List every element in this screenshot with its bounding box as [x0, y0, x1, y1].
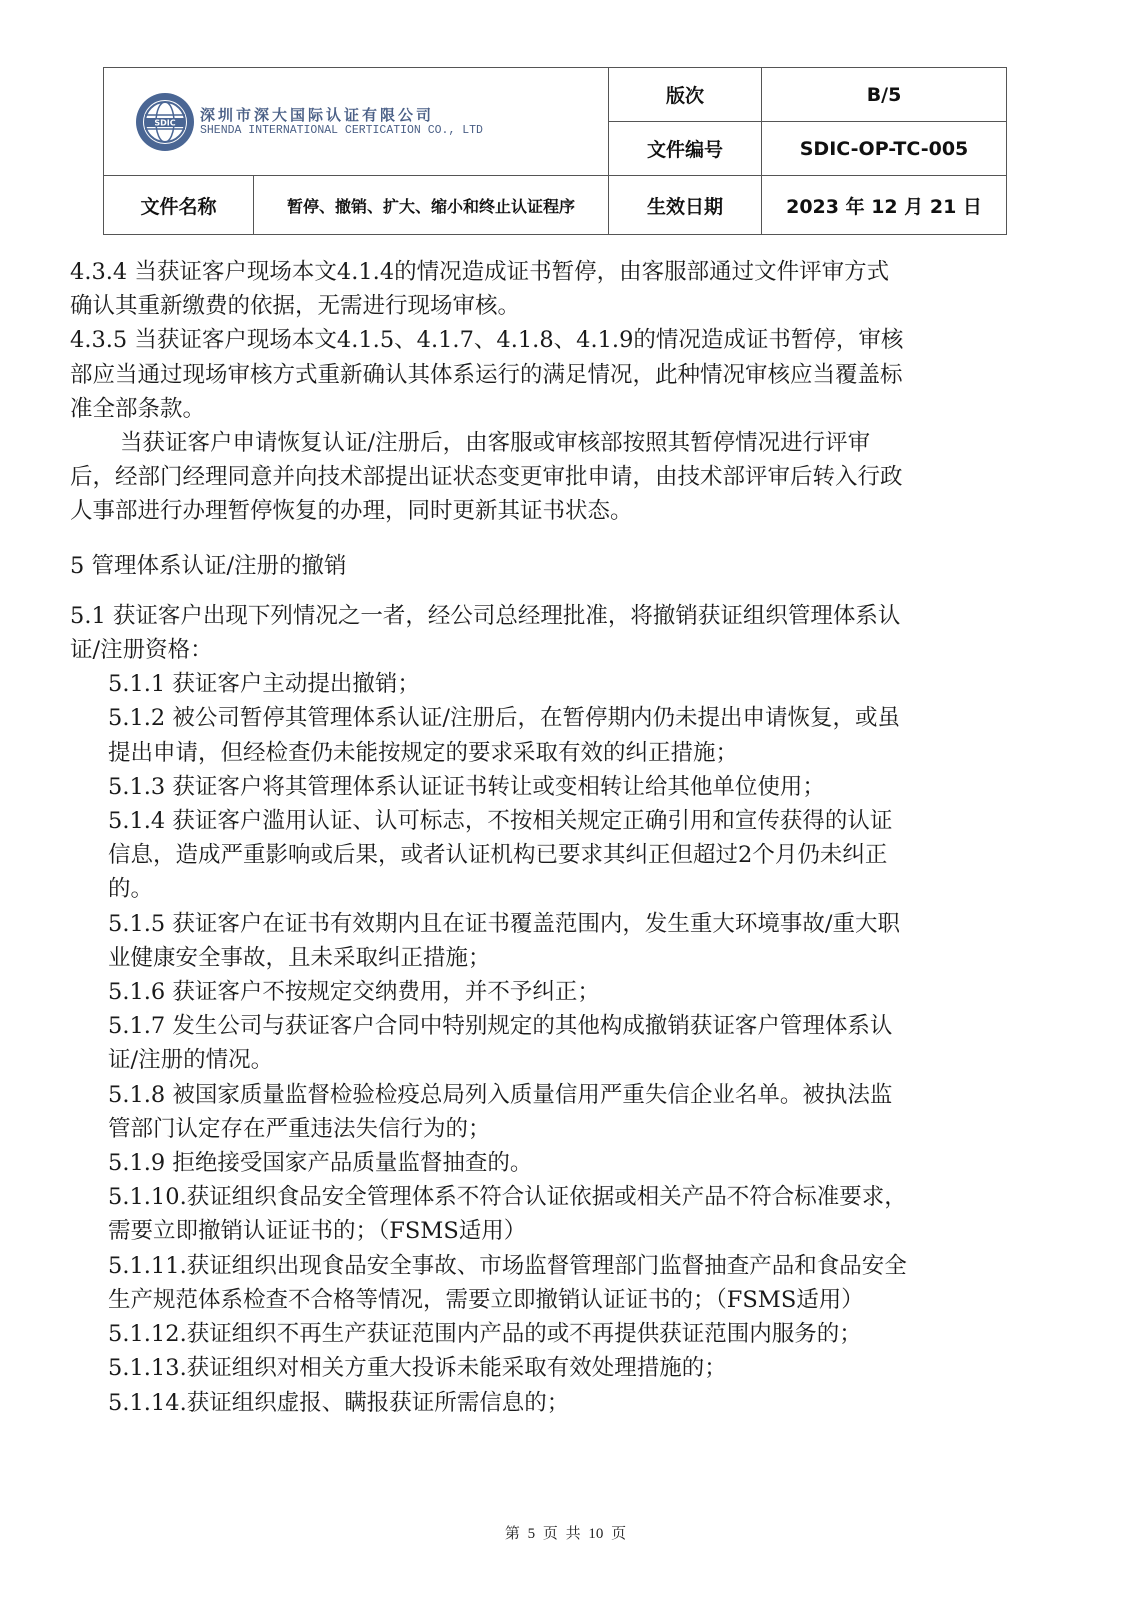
- restore-paragraph-line: 当获证客户申请恢复认证/注册后，由客服或审核部按照其暂停情况进行评审: [70, 426, 1050, 460]
- clause-4-3-4-line: 4.3.4 当获证客户现场本文4.1.4的情况造成证书暂停，由客服部通过文件评审…: [70, 255, 1050, 289]
- list-item-line: 5.1.8 被国家质量监督检验检疫总局列入质量信用严重失信企业名单。被执法监: [70, 1078, 1050, 1112]
- list-item-line: 5.1.1 获证客户主动提出撤销；: [70, 667, 1050, 701]
- list-item-line: 5.1.9 拒绝接受国家产品质量监督抽查的。: [70, 1146, 1050, 1180]
- list-item-line: 5.1.5 获证客户在证书有效期内且在证书覆盖范围内，发生重大环境事故/重大职: [70, 907, 1050, 941]
- effective-date-value: 2023 年 12 月 21 日: [762, 176, 1007, 235]
- list-item-line: 5.1.12.获证组织不再生产获证范围内产品的或不再提供获证范围内服务的；: [70, 1317, 1050, 1351]
- doc-name-value: 暂停、撤销、扩大、缩小和终止认证程序: [254, 176, 609, 235]
- company-name-en: SHENDA INTERNATIONAL CERTICATION CO., LT…: [200, 124, 483, 138]
- svg-text:SDIC: SDIC: [154, 118, 175, 127]
- list-item-line: 的。: [70, 872, 1050, 906]
- company-logo-cell: SDIC 深圳市深大国际认证有限公司 SHENDA INTERNATIONAL …: [104, 68, 609, 176]
- list-item-line: 5.1.4 获证客户滥用认证、认可标志，不按相关规定正确引用和宣传获得的认证: [70, 804, 1050, 838]
- list-item-line: 5.1.11.获证组织出现食品安全事故、市场监督管理部门监督抽查产品和食品安全: [70, 1249, 1050, 1283]
- clause-5-1-line: 5.1 获证客户出现下列情况之一者，经公司总经理批准，将撤销获证组织管理体系认: [70, 599, 1050, 633]
- clause-4-3-5-line: 4.3.5 当获证客户现场本文4.1.5、4.1.7、4.1.8、4.1.9的情…: [70, 323, 1050, 357]
- restore-paragraph-line: 后，经部门经理同意并向技术部提出证状态变更审批申请，由技术部评审后转入行政: [70, 460, 1050, 494]
- list-item-line: 5.1.3 获证客户将其管理体系认证证书转让或变相转让给其他单位使用；: [70, 770, 1050, 804]
- clause-5-1-line: 证/注册资格：: [70, 633, 1050, 667]
- version-value: B/5: [762, 68, 1007, 122]
- list-item-line: 5.1.13.获证组织对相关方重大投诉未能采取有效处理措施的；: [70, 1351, 1050, 1385]
- section-5-heading: 5 管理体系认证/注册的撤销: [70, 549, 1050, 583]
- list-item-line: 业健康安全事故，且未采取纠正措施；: [70, 941, 1050, 975]
- sdic-globe-logo-icon: SDIC: [134, 91, 196, 153]
- version-label: 版次: [609, 68, 762, 122]
- list-item-line: 信息，造成严重影响或后果，或者认证机构已要求其纠正但超过2个月仍未纠正: [70, 838, 1050, 872]
- list-item-line: 5.1.7 发生公司与获证客户合同中特别规定的其他构成撤销获证客户管理体系认: [70, 1009, 1050, 1043]
- restore-paragraph-line: 人事部进行办理暂停恢复的办理，同时更新其证书状态。: [70, 494, 1050, 528]
- company-name-cn: 深圳市深大国际认证有限公司: [200, 106, 483, 124]
- list-item-line: 管部门认定存在严重违法失信行为的；: [70, 1112, 1050, 1146]
- doc-number-label: 文件编号: [609, 122, 762, 176]
- clause-4-3-4-line: 确认其重新缴费的依据，无需进行现场审核。: [70, 289, 1050, 323]
- list-item-line: 生产规范体系检查不合格等情况，需要立即撤销认证证书的；（FSMS适用）: [70, 1283, 1050, 1317]
- effective-date-label: 生效日期: [609, 176, 762, 235]
- document-header-table: SDIC 深圳市深大国际认证有限公司 SHENDA INTERNATIONAL …: [103, 67, 1007, 235]
- doc-name-label: 文件名称: [104, 176, 254, 235]
- list-item-line: 5.1.14.获证组织虚报、瞒报获证所需信息的；: [70, 1386, 1050, 1420]
- list-item-line: 5.1.6 获证客户不按规定交纳费用，并不予纠正；: [70, 975, 1050, 1009]
- list-item-line: 5.1.2 被公司暂停其管理体系认证/注册后，在暂停期内仍未提出申请恢复，或虽: [70, 701, 1050, 735]
- list-item-line: 提出申请，但经检查仍未能按规定的要求采取有效的纠正措施；: [70, 736, 1050, 770]
- list-item-line: 证/注册的情况。: [70, 1043, 1050, 1077]
- doc-number-value: SDIC-OP-TC-005: [762, 122, 1007, 176]
- clause-4-3-5-line: 准全部条款。: [70, 392, 1050, 426]
- list-item-line: 需要立即撤销认证证书的；（FSMS适用）: [70, 1214, 1050, 1248]
- page-number-footer: 第 5 页 共 10 页: [0, 1522, 1131, 1543]
- clause-4-3-5-line: 部应当通过现场审核方式重新确认其体系运行的满足情况，此种情况审核应当覆盖标: [70, 358, 1050, 392]
- document-body: 4.3.4 当获证客户现场本文4.1.4的情况造成证书暂停，由客服部通过文件评审…: [70, 255, 1050, 1420]
- list-item-line: 5.1.10.获证组织食品安全管理体系不符合认证依据或相关产品不符合标准要求，: [70, 1180, 1050, 1214]
